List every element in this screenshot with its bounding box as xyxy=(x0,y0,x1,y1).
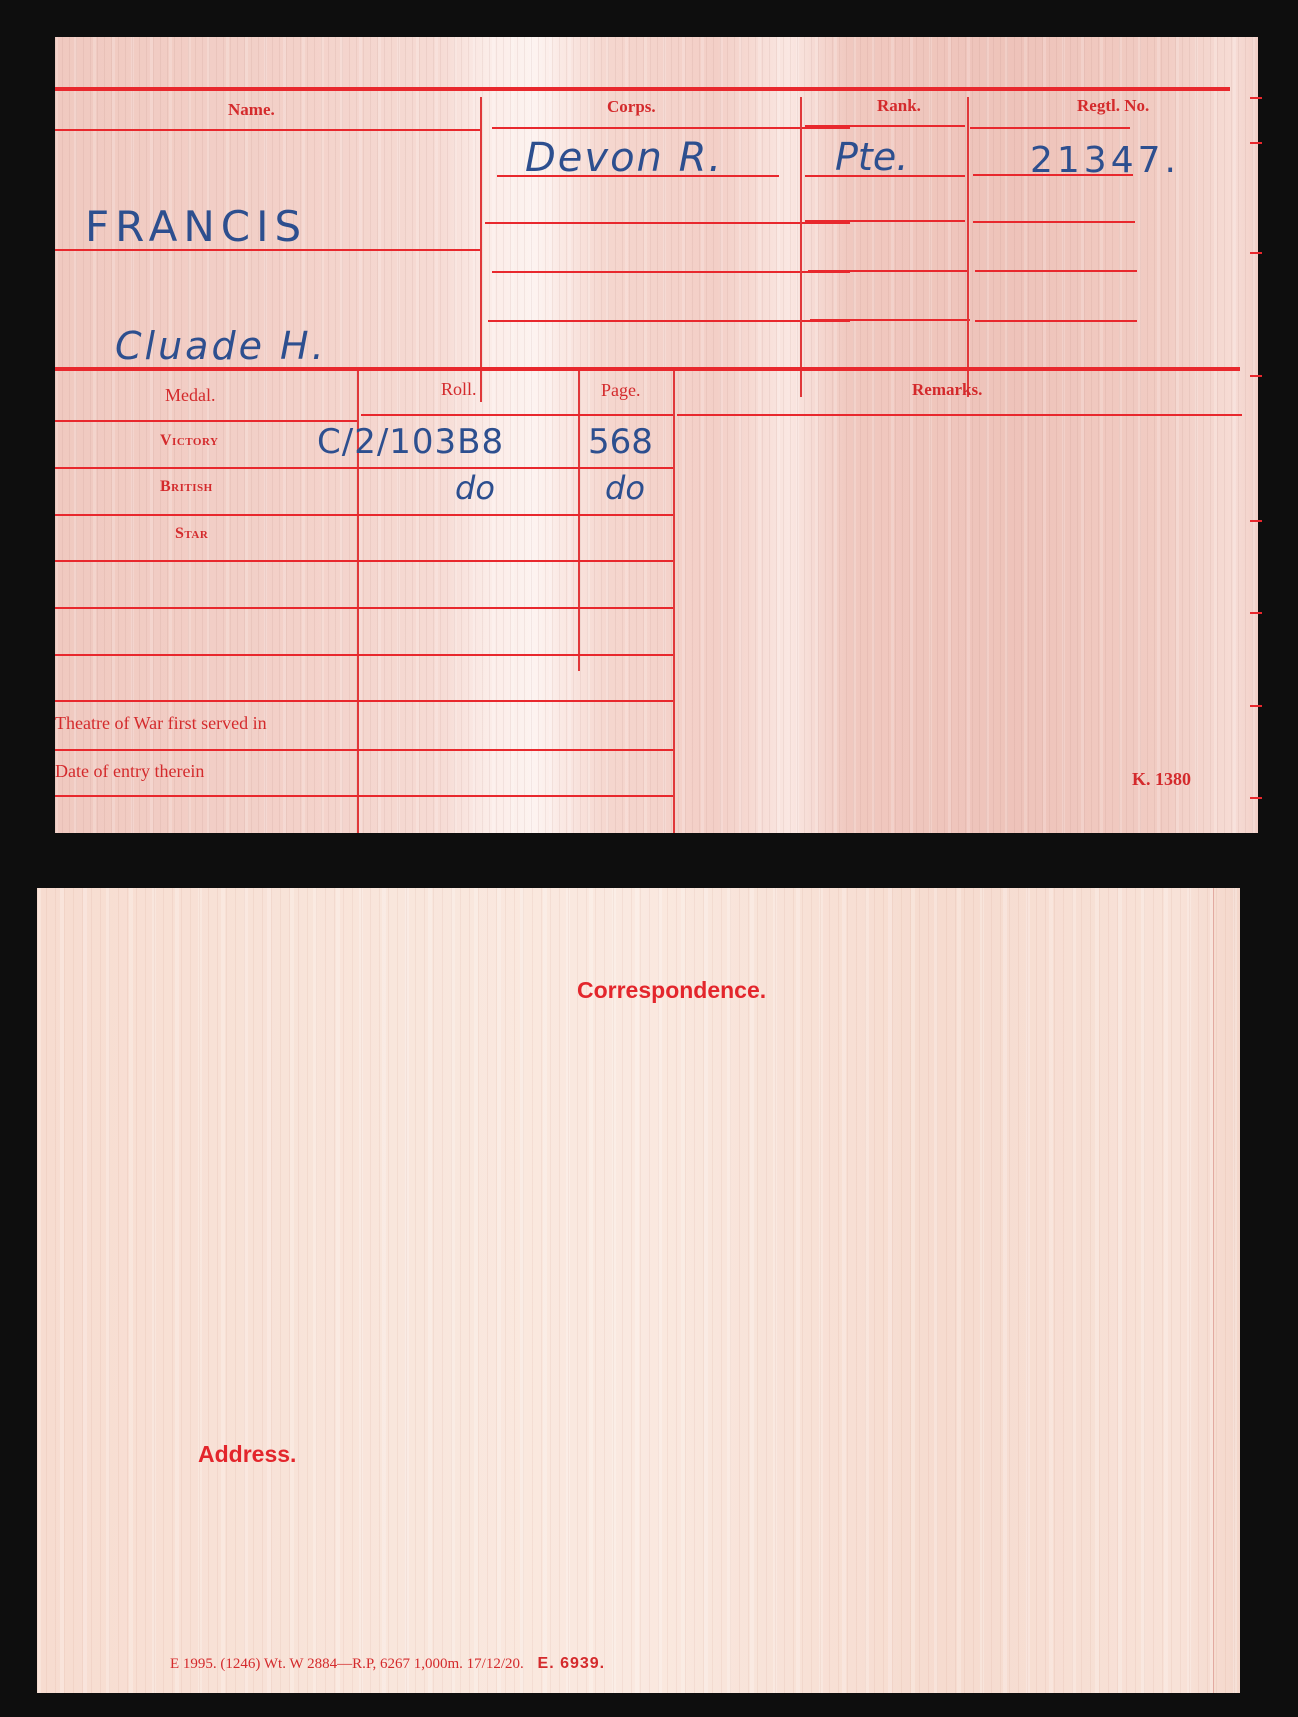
medal-rule-6 xyxy=(55,654,673,656)
medal-rule-9 xyxy=(55,795,673,797)
corps-rule-5 xyxy=(488,320,850,322)
medal-label: Medal. xyxy=(165,385,215,406)
top-rule xyxy=(55,87,1230,91)
medal-index-card-back: Correspondence. Address. E 1995. (1246) … xyxy=(37,888,1240,1693)
british-page-handwritten: do xyxy=(605,469,645,507)
medal-rule-2 xyxy=(55,467,673,469)
medal-row-victory: Victory xyxy=(160,432,218,450)
edge-tick xyxy=(1250,520,1262,522)
edge-tick xyxy=(1250,612,1262,614)
regtl-rule-1 xyxy=(970,127,1130,129)
imprint-code: E. 6939. xyxy=(538,1655,606,1672)
corps-handwritten: Devon R. xyxy=(525,135,723,181)
name-rule-1 xyxy=(55,129,480,131)
imprint-text: E 1995. (1246) Wt. W 2884—R.P, 6267 1,00… xyxy=(170,1656,524,1672)
corps-label: Corps. xyxy=(607,97,656,117)
regtl-no-label: Regtl. No. xyxy=(1077,96,1149,116)
regtl-rule-3 xyxy=(973,221,1135,223)
rank-rule-5 xyxy=(810,319,970,321)
name-divider xyxy=(480,97,482,402)
roll-label: Roll. xyxy=(441,379,477,400)
roll-rule-1 xyxy=(361,414,673,416)
corps-divider xyxy=(800,97,802,397)
medal-index-card-front: Name. Corps. Rank. Regtl. No. FRANCIS Cl… xyxy=(55,37,1258,833)
medal-rule-1 xyxy=(55,420,357,422)
rank-divider xyxy=(967,97,969,397)
theatre-of-war-label: Theatre of War first served in xyxy=(55,713,267,734)
printer-imprint: E 1995. (1246) Wt. W 2884—R.P, 6267 1,00… xyxy=(170,1655,605,1673)
roll-divider xyxy=(578,371,580,671)
remarks-label: Remarks. xyxy=(912,380,982,400)
edge-tick xyxy=(1250,142,1262,144)
forenames-handwritten: Cluade H. xyxy=(115,324,327,368)
correspondence-heading: Correspondence. xyxy=(577,977,766,1004)
regtl-rule-4 xyxy=(975,270,1137,272)
edge-tick xyxy=(1250,252,1262,254)
surname-handwritten: FRANCIS xyxy=(85,202,307,251)
medal-rule-7 xyxy=(55,700,673,702)
back-fold-line xyxy=(1213,888,1214,1693)
regtl-rule-5 xyxy=(975,320,1137,322)
page-divider xyxy=(673,371,675,833)
edge-tick xyxy=(1250,97,1262,99)
page-label: Page. xyxy=(601,380,641,401)
medal-section-rule xyxy=(55,367,1240,371)
edge-tick xyxy=(1250,797,1262,799)
address-heading: Address. xyxy=(198,1441,296,1468)
date-of-entry-label: Date of entry therein xyxy=(55,761,204,782)
british-roll-handwritten: do xyxy=(455,469,495,507)
victory-page-handwritten: 568 xyxy=(588,422,653,462)
rank-rule-3 xyxy=(805,220,965,222)
corps-rule-3 xyxy=(485,222,850,224)
corps-rule-1 xyxy=(492,127,850,129)
regtl-no-handwritten: 21347. xyxy=(1030,140,1180,181)
corps-rule-4 xyxy=(492,271,850,273)
rank-handwritten: Pte. xyxy=(835,135,908,179)
medal-row-british: British xyxy=(160,478,213,496)
edge-tick xyxy=(1250,705,1262,707)
name-label: Name. xyxy=(228,100,275,120)
rank-rule-4 xyxy=(808,270,968,272)
medal-row-star: Star xyxy=(175,525,208,543)
form-number: K. 1380 xyxy=(1132,769,1191,790)
medal-rule-8 xyxy=(55,749,673,751)
rank-label: Rank. xyxy=(877,96,921,116)
medal-rule-4 xyxy=(55,560,673,562)
medal-rule-3 xyxy=(55,514,673,516)
victory-roll-handwritten: C/2/103B8 xyxy=(317,422,504,462)
rank-rule-1 xyxy=(805,125,965,127)
edge-tick xyxy=(1250,375,1262,377)
medal-rule-5 xyxy=(55,607,673,609)
remarks-rule xyxy=(677,414,1242,416)
